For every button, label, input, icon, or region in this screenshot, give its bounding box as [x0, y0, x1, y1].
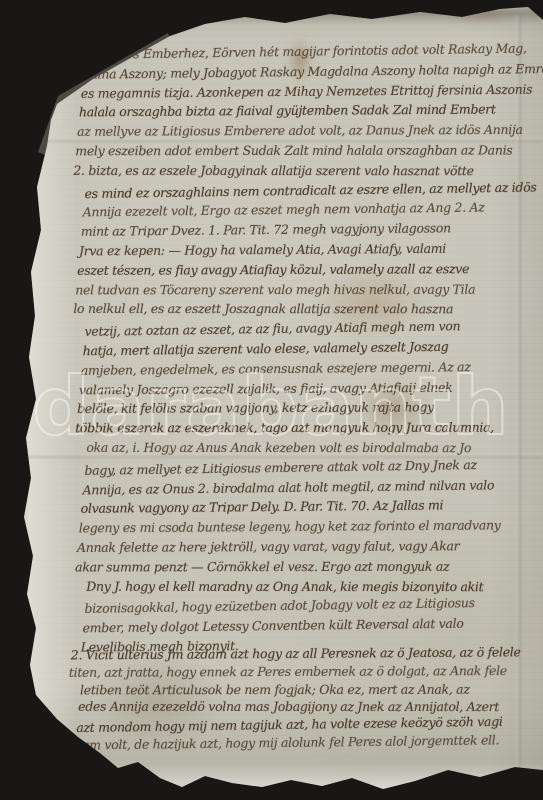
manuscript-line: vetzij, azt oztan az eszet, az az fiu, a… — [84, 318, 460, 339]
manuscript-line: Jrva ez kepen: — Hogy ha valamely Atia, … — [79, 241, 446, 259]
manuscript-line: többik eszerek az eszereknek, tago azt m… — [75, 420, 494, 436]
manuscript-line: titen, azt jratta, hogy ennek az Peres e… — [69, 663, 507, 680]
manuscript-line: Annak felette az here jektröll, vagy var… — [77, 538, 459, 555]
manuscript-text: bagijhoz vs Emberhez, Eörven hét magijar… — [0, 0, 543, 800]
manuscript-line: azt mondom hogy mij nem tagijuk azt, ha … — [76, 714, 502, 735]
manuscript-line: amjeben, engedelmek, es consensusnak esz… — [81, 359, 471, 378]
manuscript-line: dalna Aszony; mely Jobagyot Raskay Magda… — [83, 60, 543, 81]
manuscript-line: akar summa penzt — Cörnökkel el vesz. Er… — [75, 559, 449, 575]
manuscript-line: halala orszaghba bizta az fiaival gyüjte… — [79, 102, 496, 120]
manuscript-line: bizonisagokkal, hogy ezüzetben adot Joba… — [84, 595, 474, 616]
manuscript-line: es megamnis tizja. Azonkepen az Mihay Ne… — [81, 81, 533, 100]
manuscript-line: edes Annija ezezeldö volna mas Jobagijon… — [78, 699, 499, 714]
manuscript-line: 2. Vicit ulterius Jm azdam azt hogy az a… — [71, 644, 521, 662]
manuscript-line: Annija ezezelt volt, Ergo az eszet megh … — [83, 200, 485, 220]
manuscript-line: olvasunk vagyony az Tripar Dely. D. Par.… — [81, 498, 444, 516]
manuscript-line: legeny es mi csoda buntese legeny, hogy … — [79, 518, 501, 536]
manuscript-line: Dny J. hogy el kell maradny az Ong Anak,… — [86, 578, 483, 593]
manuscript-line: eszet tészen, es fiay avagy Atiafiay köz… — [77, 261, 469, 278]
manuscript-line: lo nelkul ell, es az eszett Joszagnak al… — [73, 301, 453, 316]
manuscript-line: ember, mely dolgot Letessy Conventben kü… — [82, 616, 463, 636]
manuscript-line: nel tudvan es Töcareny szerent valo megh… — [75, 281, 475, 297]
manuscript-line: 2. bizta, es az eszele Jobagyinak allati… — [73, 163, 473, 178]
manuscript-line: valamely Joszagro ezezell zajalik, es fi… — [79, 379, 453, 397]
manuscript-line: bagy, az mellyet ez Litigiosus emberere … — [84, 457, 476, 478]
manuscript-line: az mellyve az Litigiosus Emberere adot v… — [77, 122, 523, 139]
manuscript-line: hatja, mert allatija szerent valo elese,… — [83, 339, 449, 358]
manuscript-line: letiben teöt Articulusok be nem fogjak; … — [80, 681, 470, 697]
manuscript-line: nem volt, de hazijuk azt, hogy mij alolu… — [74, 732, 499, 752]
manuscript-line: es mind ez orszaghlains nem contradicalt… — [84, 179, 536, 201]
manuscript-page: bagijhoz vs Emberhez, Eörven hét magijar… — [0, 0, 543, 800]
manuscript-line: mint az Tripar Dvez. 1. Par. Tit. 72 meg… — [81, 220, 451, 239]
scanned-photo: bagijhoz vs Emberhez, Eörven hét magijar… — [0, 0, 543, 800]
manuscript-line: mely eszeiben adot embert Sudak Zalt min… — [75, 142, 512, 158]
manuscript-line: oka az, i. Hogy az Anus Anak kezeben vol… — [86, 440, 471, 455]
manuscript-line: Annija, es az Onus 2. birodalma alat hol… — [83, 477, 495, 497]
manuscript-line: belöle, kit felölis szaban vagijony, ket… — [77, 400, 434, 417]
